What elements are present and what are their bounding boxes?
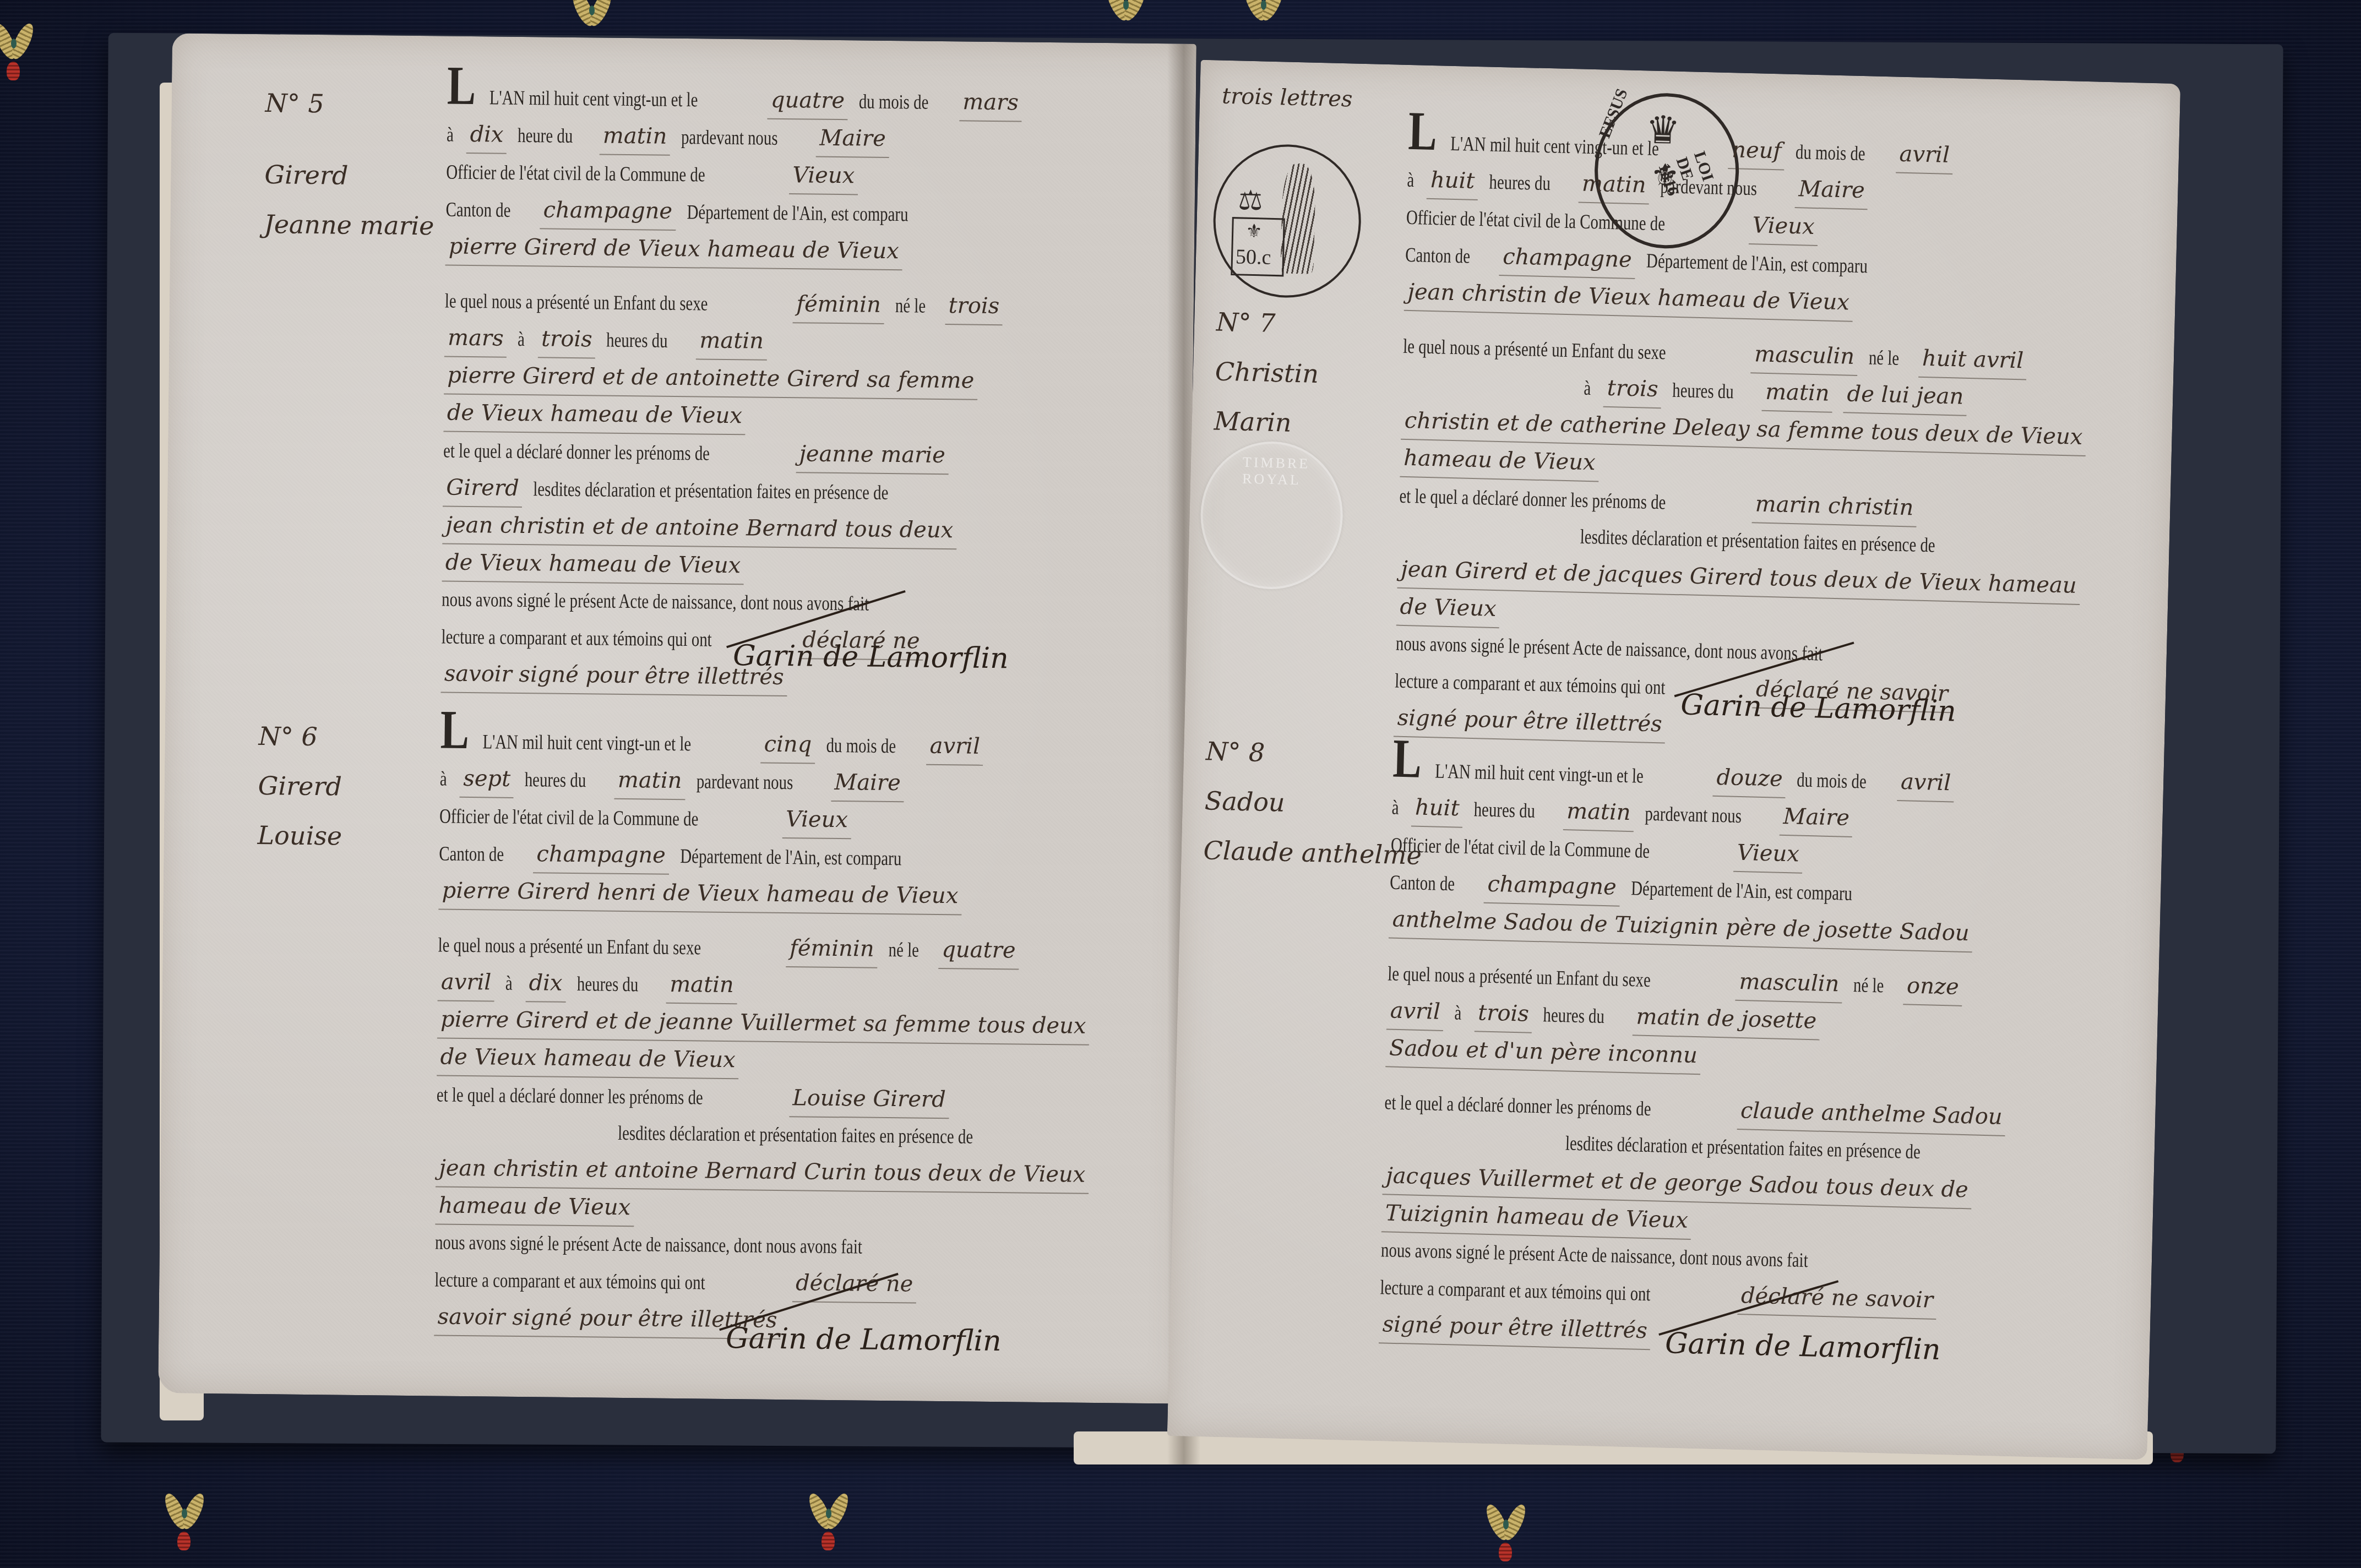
- margin-surname: Girerd: [264, 150, 435, 201]
- printed-text: du mois de: [826, 728, 896, 765]
- printed-text: L'AN mil huit cent vingt-un et le: [489, 80, 698, 118]
- fleur-de-lis-icon: ⚜: [1245, 220, 1263, 243]
- handwritten-text: déclaré ne: [792, 1265, 917, 1303]
- printed-text: et le quel a déclaré donner les prénoms …: [436, 1077, 703, 1116]
- drop-cap: L: [1392, 742, 1422, 776]
- margin-act-5: N° 5 Girerd Jeanne marie: [264, 78, 436, 251]
- header-note: trois lettres: [1221, 72, 1353, 124]
- handwritten-month: mars: [959, 84, 1022, 122]
- act-number: N° 6: [258, 711, 343, 762]
- printed-text: le quel nous a présenté un Enfant du sex…: [445, 284, 708, 323]
- handwritten-day: neuf: [1728, 132, 1785, 170]
- drop-cap: L: [447, 69, 476, 103]
- right-page[interactable]: trois lettres ⚖ ⚜ 50.c ♛ ⚜ EFSUS LOI DE …: [1167, 60, 2181, 1460]
- embossed-seal: TIMBRE ROYAL: [1199, 440, 1344, 591]
- printed-text: Officier de l'état civil de la Commune d…: [1406, 200, 1666, 242]
- handwritten-time: matin de josette: [1633, 998, 1820, 1040]
- handwritten-hour: dix: [525, 965, 566, 1003]
- handwritten-title: Maire: [1795, 171, 1869, 210]
- handwritten-declarant: pierre Girerd henri de Vieux hameau de V…: [438, 872, 961, 915]
- margin-given-name: Claude anthelme: [1203, 825, 1422, 880]
- printed-text: Département de l'Ain, est comparu: [680, 839, 902, 877]
- birth-act-7: LL'AN mil huit cent vingt-un et leneufdu…: [1394, 115, 2157, 755]
- floral-motif: [1107, 0, 1145, 44]
- handwritten-hour: sept: [460, 760, 514, 798]
- printed-text: du mois de: [859, 84, 929, 121]
- printed-text: heures du: [576, 966, 638, 1003]
- handwritten-hour: trois: [1603, 370, 1662, 409]
- printed-text: Département de l'Ain, est comparu: [1646, 243, 1868, 285]
- handwritten-residence: de Vieux hameau de Vieux: [443, 395, 746, 435]
- handwritten-birth-day: onze: [1903, 967, 1962, 1006]
- handwritten-birth-day: trois: [945, 287, 1003, 325]
- printed-text: nous avons signé le présent Acte de nais…: [442, 582, 869, 623]
- printed-text: nous avons signé le présent Acte de nais…: [435, 1224, 862, 1265]
- handwritten-time: matin: [696, 322, 767, 360]
- handwritten-canton: champagne: [540, 192, 676, 231]
- margin-surname: Girerd: [258, 761, 342, 812]
- floral-motif: [165, 1487, 204, 1553]
- printed-text: à: [447, 117, 454, 154]
- handwritten-time: matin: [666, 966, 737, 1004]
- margin-act-7: N° 7 Christin Marin: [1214, 297, 1320, 448]
- printed-text: Officier de l'état civil de la Commune d…: [446, 155, 705, 194]
- handwritten-hour: trois: [1474, 994, 1532, 1033]
- mayor-signature: Garin de Lamorflin: [1680, 688, 1957, 728]
- handwritten-commune: Vieux: [1749, 207, 1819, 246]
- handwritten-commune: Vieux: [789, 157, 858, 195]
- handwritten-witnesses: jean christin et de antoine Bernard tous…: [442, 507, 956, 550]
- handwritten-residence: de Vieux: [1396, 589, 1500, 629]
- handwritten-child-name: Louise Girerd: [789, 1080, 949, 1119]
- handwritten-hour: trois: [538, 320, 596, 358]
- handwritten-child-name: marin christin: [1751, 486, 1917, 527]
- printed-text: né le: [1868, 340, 1900, 377]
- stamp-value: 50.c: [1236, 244, 1271, 270]
- mayor-signature: Garin de Lamorflin: [1664, 1327, 1941, 1366]
- handwritten-residence: de Vieux hameau de Vieux: [437, 1038, 739, 1079]
- printed-text: Canton de: [439, 836, 504, 873]
- handwritten-time: matin: [1578, 165, 1650, 204]
- floral-motif: [809, 1487, 848, 1553]
- margin-act-6: N° 6 Girerd Louise: [257, 711, 343, 861]
- handwritten-text: déclaré ne savoir: [1737, 1277, 1937, 1320]
- handwritten-title: Maire: [831, 764, 904, 802]
- handwritten-text: signé pour être illettrés: [1394, 700, 1666, 744]
- handwritten-canton: champagne: [533, 836, 669, 875]
- handwritten-time: matin: [614, 762, 686, 800]
- printed-text: lecture a comparant et aux témoins qui o…: [441, 619, 712, 658]
- handwritten-parents: Sadou et d'un père inconnu: [1385, 1030, 1701, 1075]
- printed-text: Département de l'Ain, est comparu: [687, 194, 909, 233]
- birth-act-8: LL'AN mil huit cent vingt-un et ledouzed…: [1379, 742, 2142, 1362]
- printed-text: né le: [888, 932, 919, 969]
- handwritten-time: matin: [1563, 793, 1634, 832]
- printed-text: le quel nous a présenté un Enfant du sex…: [1388, 956, 1651, 999]
- printed-text: et le quel a déclaré donner les prénoms …: [1399, 478, 1666, 521]
- act-number: N° 5: [265, 78, 436, 129]
- printed-text: né le: [1853, 967, 1884, 1004]
- printed-text: à: [1407, 162, 1415, 199]
- handwritten-hour: huit: [1411, 789, 1463, 827]
- handwritten-month: avril: [1897, 764, 1955, 803]
- handwritten-title: Maire: [1780, 798, 1853, 837]
- printed-text: Département de l'Ain, est comparu: [1630, 870, 1852, 912]
- handwritten-commune: Vieux: [782, 801, 852, 839]
- printed-text: à: [1391, 790, 1399, 826]
- handwritten-birth-day: huit avril: [1918, 340, 2027, 380]
- handwritten-residence: hameau de Vieux: [1400, 440, 1599, 482]
- printed-text: à: [505, 966, 513, 1002]
- act-number: N° 8: [1205, 726, 1424, 781]
- printed-text: lecture a comparant et aux témoins qui o…: [1380, 1270, 1651, 1313]
- handwritten-witnesses: jean christin et antoine Bernard Curin t…: [436, 1150, 1089, 1194]
- printed-text: lecture a comparant et aux témoins qui o…: [434, 1262, 705, 1301]
- printed-text: Canton de: [445, 192, 511, 229]
- handwritten-time: matin: [600, 117, 671, 155]
- drop-cap: L: [1408, 115, 1437, 148]
- printed-text: du mois de: [1795, 134, 1865, 172]
- handwritten-month: avril: [438, 963, 495, 1001]
- floral-motif: [1487, 1498, 1525, 1564]
- handwritten-parents: pierre Girerd et de jeanne Vuillermet sa…: [437, 1001, 1090, 1045]
- handwritten-text: signé pour être illettrés: [1379, 1306, 1651, 1350]
- printed-text: pardevant nous: [1660, 168, 1758, 207]
- handwritten-title: Maire: [816, 120, 889, 158]
- printed-text: à: [1454, 995, 1462, 1031]
- drop-cap: L: [440, 713, 469, 747]
- handwritten-child-name: claude anthelme Sadou: [1737, 1092, 2006, 1136]
- printed-text: pardevant nous: [1645, 796, 1742, 835]
- printed-text: à: [518, 322, 525, 358]
- birth-act-6: LL'AN mil huit cent vingt-un et lecinqdu…: [434, 713, 1178, 1343]
- printed-text: pardevant nous: [696, 764, 793, 801]
- printed-text: heures du: [1473, 792, 1536, 830]
- floral-motif: [1244, 0, 1283, 44]
- printed-text: heures du: [1543, 997, 1605, 1035]
- printed-text: pardevant nous: [681, 119, 778, 157]
- printed-text: à: [1584, 371, 1591, 407]
- handwritten-day: cinq: [760, 726, 815, 764]
- printed-text: Officier de l'état civil de la Commune d…: [439, 798, 699, 837]
- justice-figure-icon: [1280, 163, 1316, 274]
- printed-text: L'AN mil huit cent vingt-un et le: [482, 724, 691, 763]
- printed-text: et le quel a déclaré donner les prénoms …: [443, 433, 710, 472]
- birth-act-5: LL'AN mil huit cent vingt-un et lequatre…: [440, 69, 1185, 701]
- handwritten-month: avril: [926, 728, 983, 766]
- printed-text: le quel nous a présenté un Enfant du sex…: [1402, 329, 1666, 372]
- handwritten-text: de lui jean: [1843, 375, 1967, 416]
- margin-surname: Sadou: [1204, 776, 1423, 831]
- printed-text: à: [439, 761, 447, 797]
- emboss-text: TIMBRE ROYAL: [1242, 454, 1342, 489]
- margin-surname: Christin: [1215, 346, 1319, 399]
- handwritten-day: douze: [1713, 759, 1787, 798]
- handwritten-sex: féminin: [793, 286, 884, 324]
- floral-motif: [0, 17, 33, 83]
- mayor-signature: Garin de Lamorflin: [733, 639, 1009, 675]
- handwritten-birth-day: quatre: [938, 932, 1019, 970]
- mayor-signature: Garin de Lamorflin: [726, 1322, 1002, 1358]
- printed-text: heures du: [1489, 164, 1551, 202]
- margin-given-name: Jeanne marie: [264, 199, 434, 251]
- handwritten-commune: Vieux: [1733, 835, 1803, 874]
- printed-text: né le: [895, 288, 926, 325]
- act-number: N° 7: [1216, 297, 1320, 349]
- handwritten-canton: champagne: [1484, 866, 1620, 907]
- handwritten-residence: hameau de Vieux: [435, 1187, 634, 1227]
- left-page[interactable]: N° 5 Girerd Jeanne marie LL'AN mil huit …: [158, 33, 1196, 1403]
- printed-text: heures du: [1672, 373, 1734, 411]
- margin-given-name: Marin: [1214, 396, 1318, 448]
- printed-text: heures du: [606, 323, 668, 360]
- handwritten-sex: masculin: [1751, 336, 1858, 376]
- printed-text: le quel nous a présenté un Enfant du sex…: [438, 927, 701, 966]
- handwritten-month: avril: [1896, 136, 1954, 175]
- handwritten-day: quatre: [768, 82, 848, 121]
- handwritten-declarant: pierre Girerd de Vieux hameau de Vieux: [445, 228, 903, 271]
- printed-text: Officier de l'état civil de la Commune d…: [1390, 827, 1650, 869]
- printed-text: heures du: [525, 762, 586, 799]
- handwritten-hour: dix: [466, 116, 507, 154]
- printed-text: lesdites déclaration et présentation fai…: [533, 471, 889, 511]
- printed-text: Canton de: [1390, 864, 1455, 902]
- handwritten-surname: Girerd: [443, 470, 523, 508]
- handwritten-time: matin: [1761, 374, 1833, 413]
- printed-text: L'AN mil huit cent vingt-un et le: [1450, 126, 1659, 167]
- handwritten-month: mars: [444, 320, 507, 358]
- handwritten-residence: de Vieux hameau de Vieux: [442, 545, 744, 585]
- printed-text: lecture a comparant et aux témoins qui o…: [1395, 663, 1666, 706]
- printed-text: Canton de: [1405, 237, 1470, 275]
- printed-text: du mois de: [1797, 762, 1867, 800]
- handwritten-child-name: jeanne marie: [796, 435, 949, 475]
- handwritten-month: avril: [1386, 992, 1444, 1031]
- handwritten-hour: huit: [1427, 162, 1478, 200]
- margin-given-name: Louise: [257, 810, 342, 861]
- printed-text: heure du: [518, 118, 573, 155]
- printed-text: lesdites déclaration et présentation fai…: [618, 1115, 973, 1156]
- scales-icon: ⚖: [1238, 184, 1263, 216]
- tax-stamp: ⚖ ⚜ 50.c: [1211, 143, 1363, 299]
- handwritten-parents: pierre Girerd et de antoinette Girerd sa…: [444, 357, 977, 400]
- printed-text: L'AN mil huit cent vingt-un et le: [1434, 753, 1644, 794]
- printed-text: et le quel a déclaré donner les prénoms …: [1384, 1085, 1651, 1128]
- handwritten-sex: masculin: [1736, 963, 1843, 1004]
- handwritten-canton: champagne: [1499, 238, 1635, 279]
- handwritten-sex: féminin: [786, 930, 878, 968]
